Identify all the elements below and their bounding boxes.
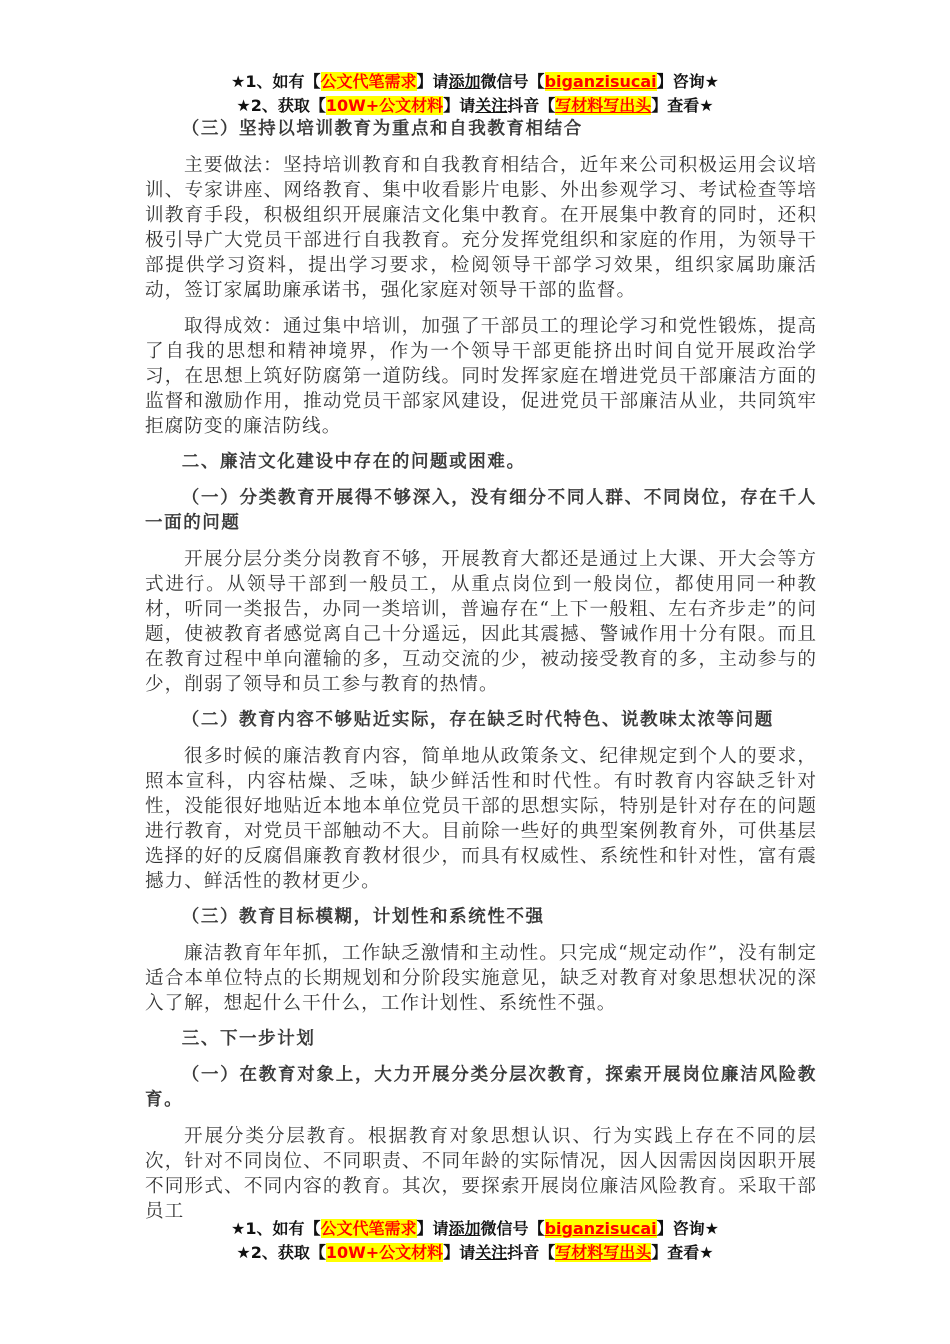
section-heading: （三）坚持以培训教育为重点和自我教育相结合 — [145, 117, 817, 142]
promo-text: 】请 — [417, 72, 449, 91]
paragraph: 取得成效：通过集中培训，加强了干部员工的理论学习和党性锻炼，提高了自我的思想和精… — [145, 314, 817, 439]
promo-line-1: ★1、如有【公文代笔需求】请添加微信号【biganzisucai】咨询★ — [0, 70, 950, 94]
paragraph: 主要做法：坚持培训教育和自我教育相结合，近年来公司积极运用会议培训、专家讲座、网… — [145, 153, 817, 303]
promo-text: 】请 — [443, 1243, 475, 1262]
promo-text: 】查看★ — [651, 1243, 713, 1262]
paragraph: 开展分类分层教育。根据教育对象思想认识、行为实践上存在不同的层次，针对不同岗位、… — [145, 1124, 817, 1224]
highlight-service: 公文代笔需求 — [321, 1219, 417, 1238]
underlined-add: 添加 — [449, 1219, 481, 1238]
promo-line-2: ★2、获取【10W+公文材料】请关注抖音【写材料写出头】查看★ — [0, 94, 950, 118]
promo-text: 抖音【 — [507, 96, 555, 115]
promo-text: 微信号【 — [481, 1219, 545, 1238]
promo-text: 】咨询★ — [657, 1219, 719, 1238]
highlight-wechat-id: biganzisucai — [545, 72, 657, 91]
promo-text: 】咨询★ — [657, 72, 719, 91]
highlight-materials: 10W+公文材料 — [326, 1243, 443, 1262]
paragraph: 廉洁教育年年抓，工作缺乏激情和主动性。只完成“规定动作”，没有制定适合本单位特点… — [145, 941, 817, 1016]
highlight-materials: 10W+公文材料 — [326, 96, 443, 115]
document-body: （三）坚持以培训教育为重点和自我教育相结合 主要做法：坚持培训教育和自我教育相结… — [145, 117, 817, 1224]
section-heading: 三、下一步计划 — [145, 1027, 817, 1052]
promo-text: ★2、获取【 — [236, 1243, 325, 1262]
promo-text: ★1、如有【 — [231, 1219, 320, 1238]
highlight-wechat-id: biganzisucai — [545, 1219, 657, 1238]
highlight-douyin-account: 写材料写出头 — [555, 96, 651, 115]
underlined-add: 添加 — [449, 72, 481, 91]
underlined-follow: 关注 — [475, 1243, 507, 1262]
section-heading: （二）教育内容不够贴近实际，存在缺乏时代特色、说教味太浓等问题 — [145, 708, 817, 733]
promo-line-2: ★2、获取【10W+公文材料】请关注抖音【写材料写出头】查看★ — [0, 1241, 950, 1265]
paragraph: 开展分层分类分岗教育不够，开展教育大都还是通过上大课、开大会等方式进行。从领导干… — [145, 547, 817, 697]
underlined-follow: 关注 — [475, 96, 507, 115]
promo-text: 】查看★ — [651, 96, 713, 115]
section-heading: （三）教育目标模糊，计划性和系统性不强 — [145, 905, 817, 930]
promo-text: 】请 — [417, 1219, 449, 1238]
highlight-douyin-account: 写材料写出头 — [555, 1243, 651, 1262]
section-heading: 二、廉洁文化建设中存在的问题或困难。 — [145, 450, 817, 475]
promo-line-1: ★1、如有【公文代笔需求】请添加微信号【biganzisucai】咨询★ — [0, 1217, 950, 1241]
promo-text: ★1、如有【 — [231, 72, 320, 91]
promo-text: ★2、获取【 — [236, 96, 325, 115]
top-promo-banner: ★1、如有【公文代笔需求】请添加微信号【biganzisucai】咨询★ ★2、… — [0, 70, 950, 118]
section-heading: （一）分类教育开展得不够深入，没有细分不同人群、不同岗位，存在千人一面的问题 — [145, 486, 817, 536]
section-heading: （一）在教育对象上，大力开展分类分层次教育，探索开展岗位廉洁风险教育。 — [145, 1063, 817, 1113]
promo-text: 】请 — [443, 96, 475, 115]
bottom-promo-banner: ★1、如有【公文代笔需求】请添加微信号【biganzisucai】咨询★ ★2、… — [0, 1217, 950, 1265]
highlight-service: 公文代笔需求 — [321, 72, 417, 91]
paragraph: 很多时候的廉洁教育内容，简单地从政策条文、纪律规定到个人的要求，照本宣科，内容枯… — [145, 744, 817, 894]
promo-text: 微信号【 — [481, 72, 545, 91]
promo-text: 抖音【 — [507, 1243, 555, 1262]
